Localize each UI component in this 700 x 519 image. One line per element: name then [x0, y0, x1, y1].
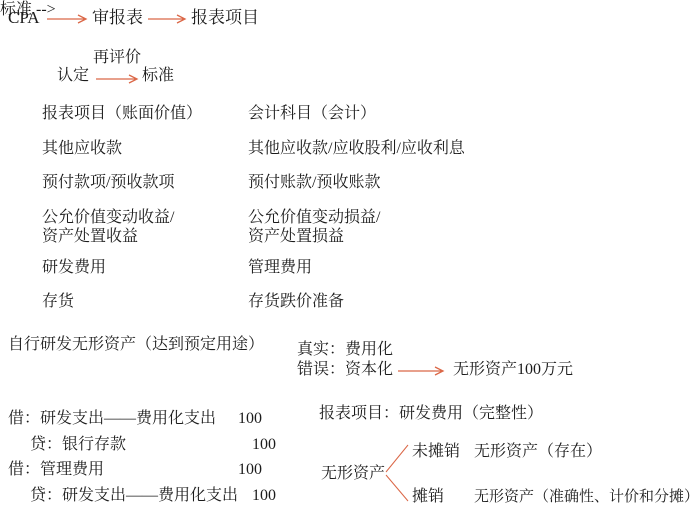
mapping-right-fair-value-line2: 资产处置损益: [248, 227, 380, 246]
mapping-right-other-recv: 其他应收款/应收股利/应收利息: [248, 139, 465, 158]
flow-node-cpa: CPA: [8, 8, 40, 27]
analysis-root-intangible: 无形资产: [321, 464, 385, 483]
analysis-branch-bottom-value: 无形资产（准确性、计价和分摊）: [474, 488, 699, 507]
mapping-right-inventory: 存货跌价准备: [248, 292, 344, 311]
journal-line-debit-rd: 借：研发支出——费用化支出: [8, 409, 216, 428]
mapping-left-header: 报表项目（账面价值）: [42, 104, 202, 123]
mapping-left-fair-value-line1: 公允价值变动收益/: [42, 208, 174, 227]
mapping-right-admin-expense: 管理费用: [248, 258, 312, 277]
journal-amount: 100: [252, 435, 276, 454]
mapping-left-fair-value: 公允价值变动收益/ 资产处置收益: [42, 208, 174, 246]
journal-amount: 100: [252, 486, 276, 505]
mapping-right-fair-value: 公允价值变动损益/ 资产处置损益: [248, 208, 380, 246]
mapping-right-header: 会计科目（会计）: [248, 104, 376, 123]
mapping-right-prepaid: 预付账款/预收账款: [248, 173, 380, 192]
flow-node-report-items: 报表项目: [191, 8, 259, 27]
journal-line-credit-bank: 贷：银行存款: [30, 435, 126, 454]
arrow-right-icon: [95, 73, 139, 85]
journal-line-credit-rd: 贷：研发支出——费用化支出: [30, 486, 238, 505]
mapping-right-fair-value-line1: 公允价值变动损益/: [248, 208, 380, 227]
rd-case-title: 自行研发无形资产（达到预定用途）: [8, 335, 264, 354]
flow-arrow-label-reevaluate: 再评价: [93, 48, 141, 67]
mapping-left-prepaid: 预付款项/预收款项: [42, 173, 174, 192]
journal-amount: 100: [238, 409, 262, 428]
arrow-right-icon: [397, 365, 445, 377]
analysis-branch-top-value: 无形资产（存在）: [474, 442, 602, 461]
arrow-right-icon: [46, 13, 88, 25]
mapping-left-fair-value-line2: 资产处置收益: [42, 227, 174, 246]
flow-node-report: 审报表: [92, 8, 143, 27]
flow-node-assertion: 认定: [57, 66, 89, 85]
analysis-branch-top-label: 未摊销: [412, 442, 460, 461]
mapping-left-rd-expense: 研发费用: [42, 258, 106, 277]
journal-amount: 100: [238, 460, 262, 479]
analysis-report-item: 报表项目：研发费用（完整性）: [319, 404, 543, 423]
rd-case-real: 真实：费用化: [297, 340, 393, 359]
journal-line-debit-admin: 借：管理费用: [8, 460, 104, 479]
mapping-left-other-recv: 其他应收款: [42, 139, 122, 158]
rd-case-error-result: 无形资产100万元: [453, 360, 573, 379]
analysis-branch-bottom-label: 摊销: [412, 487, 444, 506]
arrow-right-icon: [147, 13, 187, 25]
branch-lines-icon: [383, 444, 411, 502]
mapping-left-inventory: 存货: [42, 292, 74, 311]
rd-case-error: 错误：资本化: [297, 360, 393, 379]
flow-node-criteria: 标准: [142, 66, 174, 85]
